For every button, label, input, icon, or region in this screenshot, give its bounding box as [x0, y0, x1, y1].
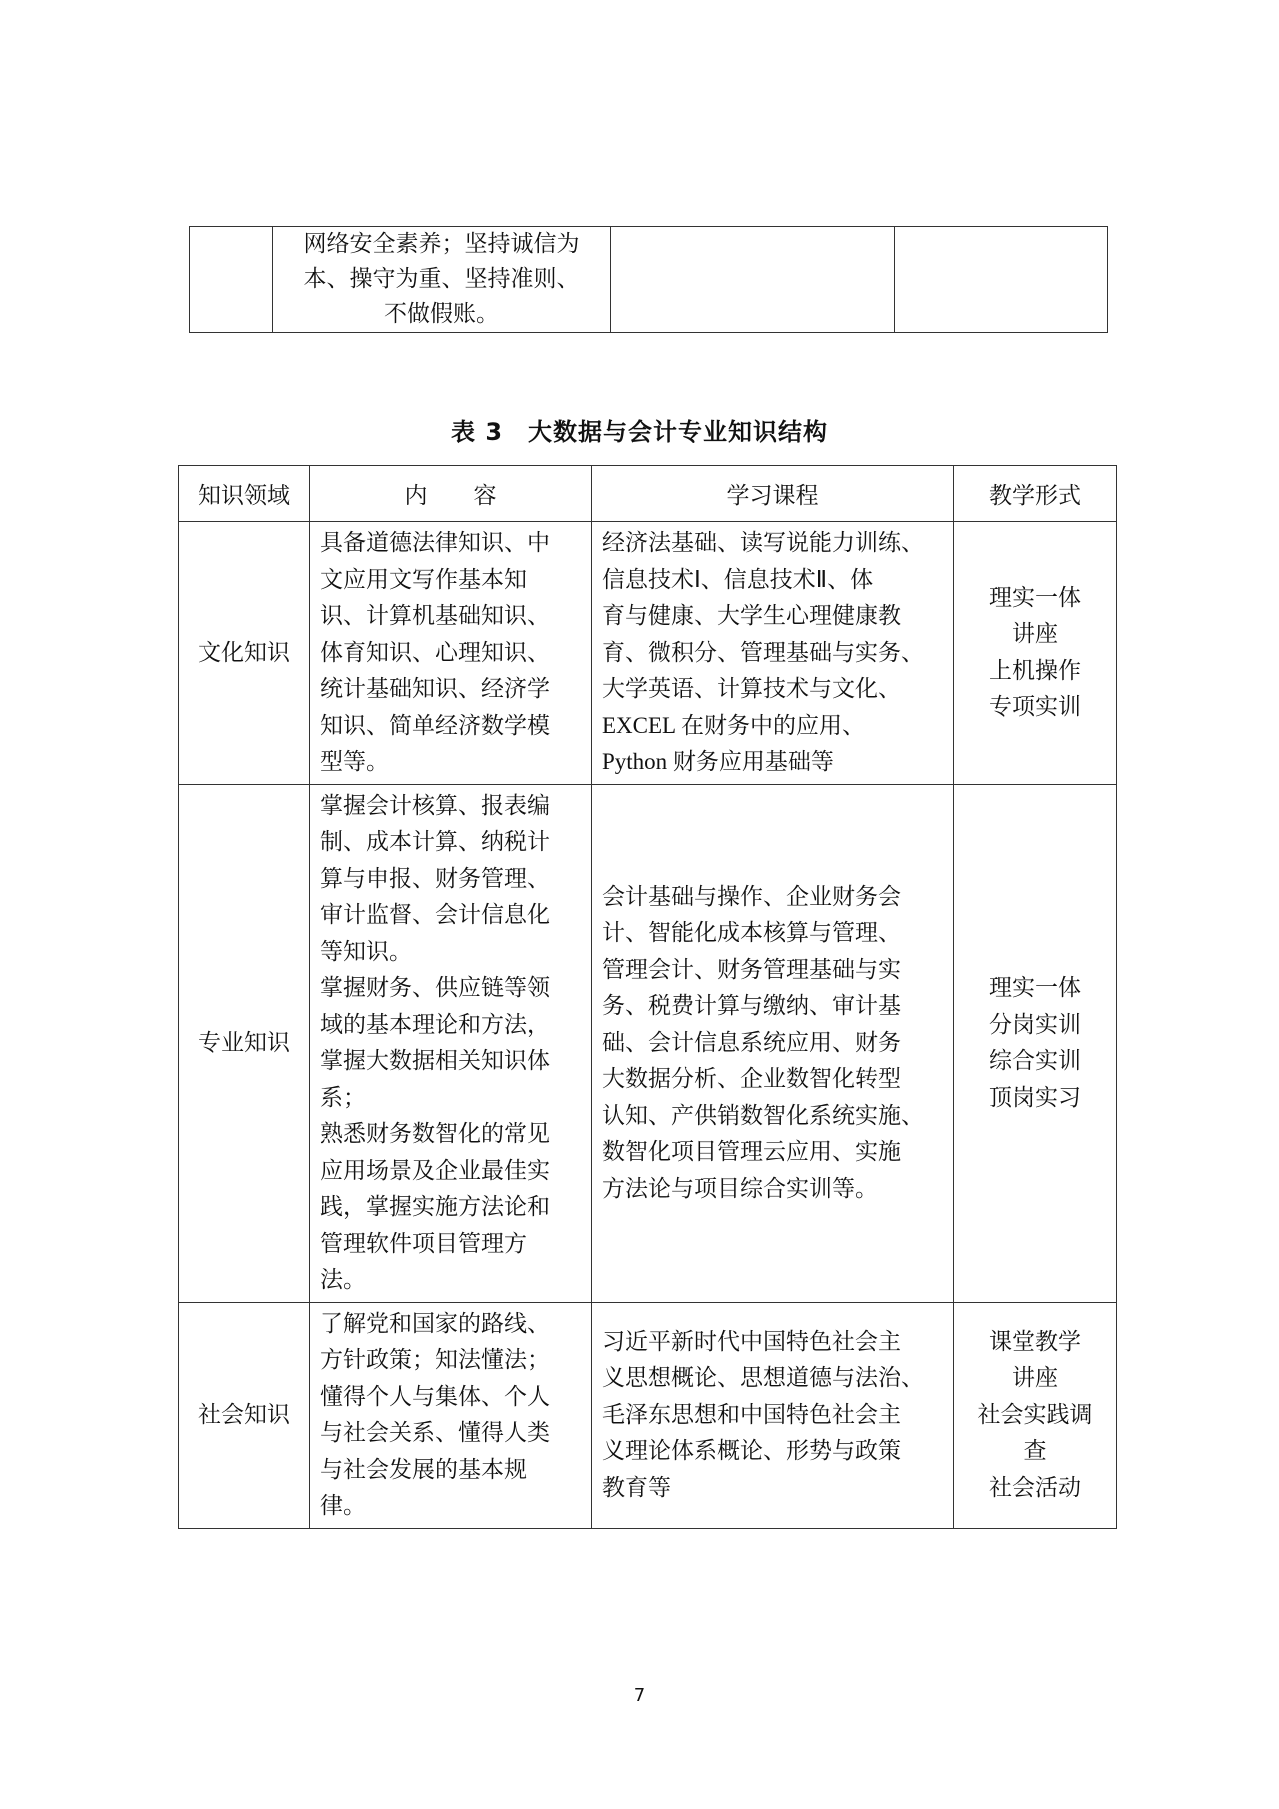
cell-text-line: 分岗实训 — [954, 1007, 1116, 1044]
courses-cell: 习近平新时代中国特色社会主 义思想概论、思想道德与法治、 毛泽东思想和中国特色社… — [592, 1302, 954, 1528]
cell-text-line: 熟悉财务数智化的常见 — [320, 1116, 581, 1153]
cell-text-line: 上机操作 — [954, 653, 1116, 690]
header-content: 内 容 — [310, 466, 592, 522]
cell-text-line: 知识、简单经济数学模 — [320, 708, 581, 745]
knowledge-structure-table: 知识领域 内 容 学习课程 教学形式 文化知识 具备道德法律知识、中 文应用文写… — [178, 465, 1117, 1529]
teaching-form-cell: 理实一体 分岗实训 综合实训 顶岗实习 — [954, 784, 1117, 1302]
cell-text-line: 顶岗实习 — [954, 1080, 1116, 1117]
header-teaching-form: 教学形式 — [954, 466, 1117, 522]
cell-text-line: 计、智能化成本核算与管理、 — [602, 915, 943, 952]
cell-text-line: 本、操守为重、坚持准则、 — [283, 262, 600, 297]
cell-text-line: 律。 — [320, 1488, 581, 1525]
header-knowledge-domain: 知识领域 — [179, 466, 310, 522]
previous-table-continuation: 网络安全素养；坚持诚信为 本、操守为重、坚持准则、 不做假账。 — [189, 226, 1108, 333]
cell-text-line: Python 财务应用基础等 — [602, 744, 943, 781]
header-courses: 学习课程 — [592, 466, 954, 522]
cell-text-line: 务、税费计算与缴纳、审计基 — [602, 988, 943, 1025]
cell-text-line: 掌握会计核算、报表编 — [320, 788, 581, 825]
cell-text-line: 制、成本计算、纳税计 — [320, 824, 581, 861]
table-row: 社会知识 了解党和国家的路线、 方针政策；知法懂法； 懂得个人与集体、个人 与社… — [179, 1302, 1117, 1528]
cell-text-line: 法。 — [320, 1262, 581, 1299]
teaching-form-cell: 理实一体 讲座 上机操作 专项实训 — [954, 522, 1117, 785]
courses-cell: 会计基础与操作、企业财务会 计、智能化成本核算与管理、 管理会计、财务管理基础与… — [592, 784, 954, 1302]
cell-text-line: 方针政策；知法懂法； — [320, 1342, 581, 1379]
table-row: 网络安全素养；坚持诚信为 本、操守为重、坚持准则、 不做假账。 — [190, 227, 1108, 333]
cell-text-line: 义理论体系概论、形势与政策 — [602, 1433, 943, 1470]
cell-text-line: 管理会计、财务管理基础与实 — [602, 952, 943, 989]
courses-cell: 经济法基础、读写说能力训练、 信息技术Ⅰ、信息技术Ⅱ、体 育与健康、大学生心理健… — [592, 522, 954, 785]
cell-text-line: 查 — [954, 1433, 1116, 1470]
cell-text-line: 理实一体 — [954, 580, 1116, 617]
cell-text-line: 会计基础与操作、企业财务会 — [602, 879, 943, 916]
cell-text-line: 讲座 — [954, 616, 1116, 653]
cell-text-line: 大数据分析、企业数智化转型 — [602, 1061, 943, 1098]
page-number: 7 — [0, 1685, 1279, 1706]
cell-text-line: 讲座 — [954, 1360, 1116, 1397]
cell-text-line: 与社会发展的基本规 — [320, 1452, 581, 1489]
cell-text-line: 掌握财务、供应链等领 — [320, 970, 581, 1007]
cell-text-line: 习近平新时代中国特色社会主 — [602, 1324, 943, 1361]
table-row: 文化知识 具备道德法律知识、中 文应用文写作基本知 识、计算机基础知识、 体育知… — [179, 522, 1117, 785]
domain-cell: 专业知识 — [179, 784, 310, 1302]
content-cell: 具备道德法律知识、中 文应用文写作基本知 识、计算机基础知识、 体育知识、心理知… — [310, 522, 592, 785]
cell-text-line: 算与申报、财务管理、 — [320, 861, 581, 898]
cell-text-line: 社会活动 — [954, 1470, 1116, 1507]
cell-text-line: 等知识。 — [320, 934, 581, 971]
cell-text-line: 了解党和国家的路线、 — [320, 1306, 581, 1343]
cell-text-line: 经济法基础、读写说能力训练、 — [602, 525, 943, 562]
cell-text-line: 课堂教学 — [954, 1324, 1116, 1361]
table-cell — [895, 227, 1108, 333]
cell-text-line: 掌握大数据相关知识体 — [320, 1043, 581, 1080]
cell-text-line: 具备道德法律知识、中 — [320, 525, 581, 562]
cell-text-line: 信息技术Ⅰ、信息技术Ⅱ、体 — [602, 562, 943, 599]
cell-text-line: 方法论与项目综合实训等。 — [602, 1171, 943, 1208]
domain-cell: 文化知识 — [179, 522, 310, 785]
domain-cell: 社会知识 — [179, 1302, 310, 1528]
cell-text-line: 教育等 — [602, 1470, 943, 1507]
content-cell: 掌握会计核算、报表编 制、成本计算、纳税计 算与申报、财务管理、 审计监督、会计… — [310, 784, 592, 1302]
cell-text-line: 践，掌握实施方法论和 — [320, 1189, 581, 1226]
cell-text-line: 社会实践调 — [954, 1397, 1116, 1434]
cell-text-line: 不做假账。 — [283, 297, 600, 332]
cell-text-line: 综合实训 — [954, 1043, 1116, 1080]
cell-text-line: 管理软件项目管理方 — [320, 1226, 581, 1263]
cell-text-line: 数智化项目管理云应用、实施 — [602, 1134, 943, 1171]
cell-text-line: 育、微积分、管理基础与实务、 — [602, 635, 943, 672]
table-caption: 表 3 大数据与会计专业知识结构 — [0, 412, 1279, 447]
table-cell: 网络安全素养；坚持诚信为 本、操守为重、坚持准则、 不做假账。 — [273, 227, 611, 333]
table-row: 专业知识 掌握会计核算、报表编 制、成本计算、纳税计 算与申报、财务管理、 审计… — [179, 784, 1117, 1302]
cell-text-line: 与社会关系、懂得人类 — [320, 1415, 581, 1452]
cell-text-line: 毛泽东思想和中国特色社会主 — [602, 1397, 943, 1434]
cell-text-line: 统计基础知识、经济学 — [320, 671, 581, 708]
cell-text-line: 文应用文写作基本知 — [320, 562, 581, 599]
cell-text-line: 认知、产供销数智化系统实施、 — [602, 1098, 943, 1135]
cell-text-line: 系； — [320, 1080, 581, 1117]
cell-text-line: 型等。 — [320, 744, 581, 781]
content-cell: 了解党和国家的路线、 方针政策；知法懂法； 懂得个人与集体、个人 与社会关系、懂… — [310, 1302, 592, 1528]
cell-text-line: 体育知识、心理知识、 — [320, 635, 581, 672]
cell-text-line: 网络安全素养；坚持诚信为 — [283, 227, 600, 262]
table-header-row: 知识领域 内 容 学习课程 教学形式 — [179, 466, 1117, 522]
cell-text-line: 理实一体 — [954, 970, 1116, 1007]
teaching-form-cell: 课堂教学 讲座 社会实践调 查 社会活动 — [954, 1302, 1117, 1528]
table-cell — [611, 227, 895, 333]
cell-text-line: 识、计算机基础知识、 — [320, 598, 581, 635]
cell-text-line: 专项实训 — [954, 689, 1116, 726]
cell-text-line: 础、会计信息系统应用、财务 — [602, 1025, 943, 1062]
cell-text-line: 大学英语、计算技术与文化、 — [602, 671, 943, 708]
cell-text-line: 懂得个人与集体、个人 — [320, 1379, 581, 1416]
cell-text-line: 域的基本理论和方法， — [320, 1007, 581, 1044]
cell-text-line: 应用场景及企业最佳实 — [320, 1153, 581, 1190]
table-cell — [190, 227, 273, 333]
cell-text-line: 义思想概论、思想道德与法治、 — [602, 1360, 943, 1397]
cell-text-line: 育与健康、大学生心理健康教 — [602, 598, 943, 635]
cell-text-line: 审计监督、会计信息化 — [320, 897, 581, 934]
cell-text-line: EXCEL 在财务中的应用、 — [602, 708, 943, 745]
